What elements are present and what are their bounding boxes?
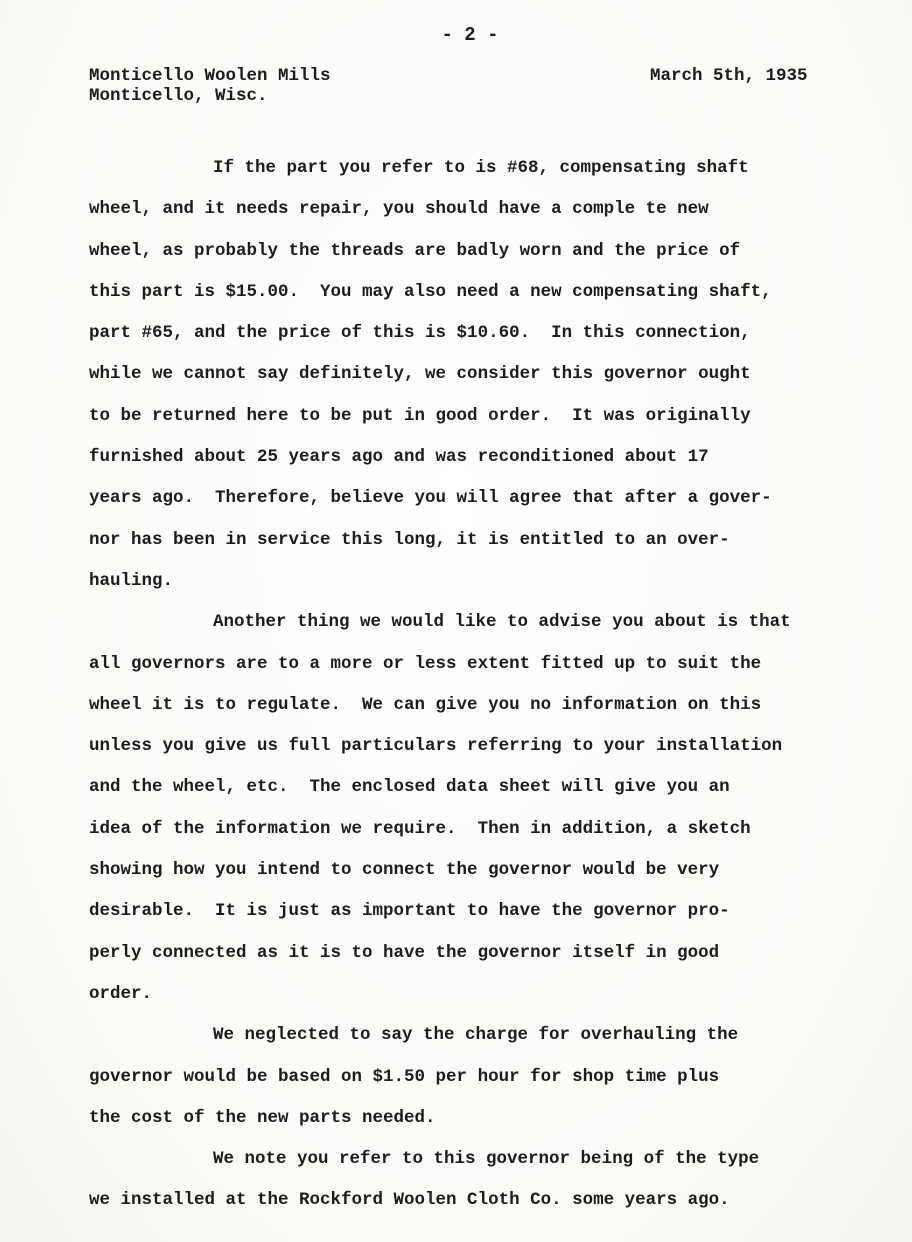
paragraph-line: wheel, as probably the threads are badly… — [89, 231, 912, 272]
page-number: - 2 - — [0, 24, 912, 46]
paragraph-line: furnished about 25 years ago and was rec… — [89, 437, 912, 478]
paragraph-line: while we cannot say definitely, we consi… — [89, 354, 912, 395]
paragraph-line: showing how you intend to connect the go… — [89, 850, 912, 891]
paragraph-line: and the wheel, etc. The enclosed data sh… — [89, 767, 912, 808]
paragraph-line: hauling. — [89, 561, 912, 602]
paragraph-line: wheel it is to regulate. We can give you… — [89, 685, 912, 726]
paragraph-line: idea of the information we require. Then… — [89, 809, 912, 850]
paragraph-line: order. — [89, 974, 912, 1015]
recipient-address: Monticello Woolen Mills Monticello, Wisc… — [89, 66, 331, 106]
paragraph-line: all governors are to a more or less exte… — [89, 644, 912, 685]
paragraph-line: wheel, and it needs repair, you should h… — [89, 189, 912, 230]
paragraph-line: years ago. Therefore, believe you will a… — [89, 478, 912, 519]
recipient-location: Monticello, Wisc. — [89, 86, 331, 106]
paragraph-line: perly connected as it is to have the gov… — [89, 933, 912, 974]
paragraph-line: this part is $15.00. You may also need a… — [89, 272, 912, 313]
paragraph-line: to be returned here to be put in good or… — [89, 396, 912, 437]
paragraph-first-line: Another thing we would like to advise yo… — [89, 602, 912, 643]
paragraph-line: nor has been in service this long, it is… — [89, 520, 912, 561]
paragraph-line: we installed at the Rockford Woolen Clot… — [89, 1180, 912, 1221]
paragraph-line: unless you give us full particulars refe… — [89, 726, 912, 767]
paragraph-first-line: We neglected to say the charge for overh… — [89, 1015, 912, 1056]
letter-page: - 2 - Monticello Woolen Mills Monticello… — [0, 0, 912, 1242]
paragraph-line: the cost of the new parts needed. — [89, 1098, 912, 1139]
paragraph-line: part #65, and the price of this is $10.6… — [89, 313, 912, 354]
paragraph-line: desirable. It is just as important to ha… — [89, 891, 912, 932]
paragraph-line: governor would be based on $1.50 per hou… — [89, 1057, 912, 1098]
recipient-name: Monticello Woolen Mills — [89, 66, 331, 86]
letter-body: If the part you refer to is #68, compens… — [89, 148, 912, 1222]
paragraph-first-line: If the part you refer to is #68, compens… — [89, 148, 912, 189]
letter-date: March 5th, 1935 — [650, 66, 808, 86]
paragraph-first-line: We note you refer to this governor being… — [89, 1139, 912, 1180]
